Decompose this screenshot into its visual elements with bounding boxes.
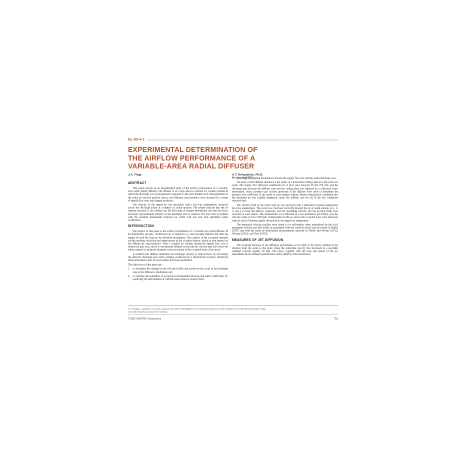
left-column: ABSTRACT This paper reports on an experi… <box>128 181 228 281</box>
paper-title-line-1: EXPERIMENTAL DETERMINATION OF <box>128 146 328 154</box>
objectives-lead: The objectives of this paper are: <box>128 263 228 266</box>
body-paragraph: The velocity field of the radial wall je… <box>232 204 338 222</box>
page-footer: ©1985 ASHRAE Transactions 753 <box>128 317 338 320</box>
paper-title-line-2: THE AIRFLOW PERFORMANCE OF A <box>128 154 328 162</box>
paper-page: DL-85-4-2 EXPERIMENTAL DETERMINATION OF … <box>0 0 458 458</box>
body-paragraph: We used a radial diffuser mounted at the… <box>232 181 338 202</box>
objective-item: 1. to determine the changes in the veloc… <box>128 267 228 273</box>
bullet-item: • A strategy for optimal modulation betw… <box>232 177 338 180</box>
header-rule <box>147 139 338 140</box>
introduction-paragraph: A variable-area diffuser maintains the d… <box>128 253 228 262</box>
author-left-name: J.A. Flagt <box>128 173 142 176</box>
paper-page-thumbnail: DL-85-4-2 EXPERIMENTAL DETERMINATION OF … <box>0 0 458 458</box>
bullet-text: A strategy for optimal modulation betwee… <box>237 177 338 180</box>
introduction-paragraph: The subject of this paper is the airflow… <box>128 230 228 251</box>
objective-item: 2. to examine the suitability of accepte… <box>128 275 228 281</box>
author-footnote: J.A. Flagt is a graduate research assist… <box>128 307 338 313</box>
abstract-paragraph: This paper reports on an experimental st… <box>128 187 228 202</box>
document-code: DL-85-4-2 <box>128 138 145 142</box>
section-heading-measures-of-jet-diffusion: MEASURES OF JET DIFFUSION <box>232 238 338 242</box>
introduction-heading: INTRODUCTION <box>128 224 228 228</box>
objective-text: to examine the suitability of accepted j… <box>133 275 228 281</box>
document-header: DL-85-4-2 <box>128 138 338 142</box>
body-paragraph: The accepted measure of the diffusion pe… <box>232 244 338 256</box>
abstract-paragraph: The velocity of the supply jet was measu… <box>128 203 228 221</box>
copyright-text: ©1985 ASHRAE Transactions <box>128 317 161 320</box>
footnote-line-2: Colorado State University, Fort Collins. <box>128 310 338 313</box>
page-number: 753 <box>334 317 338 320</box>
paper-title: EXPERIMENTAL DETERMINATION OF THE AIRFLO… <box>128 146 328 171</box>
abstract-heading: ABSTRACT <box>128 181 228 185</box>
paper-title-line-3: VARIABLE-AREA RADIAL DIFFUSER <box>128 162 328 170</box>
body-paragraph: The measured velocity profiles were foun… <box>232 223 338 235</box>
right-column: • A strategy for optimal modulation betw… <box>232 177 338 257</box>
objective-text: to determine the changes in the velocity… <box>133 267 228 273</box>
